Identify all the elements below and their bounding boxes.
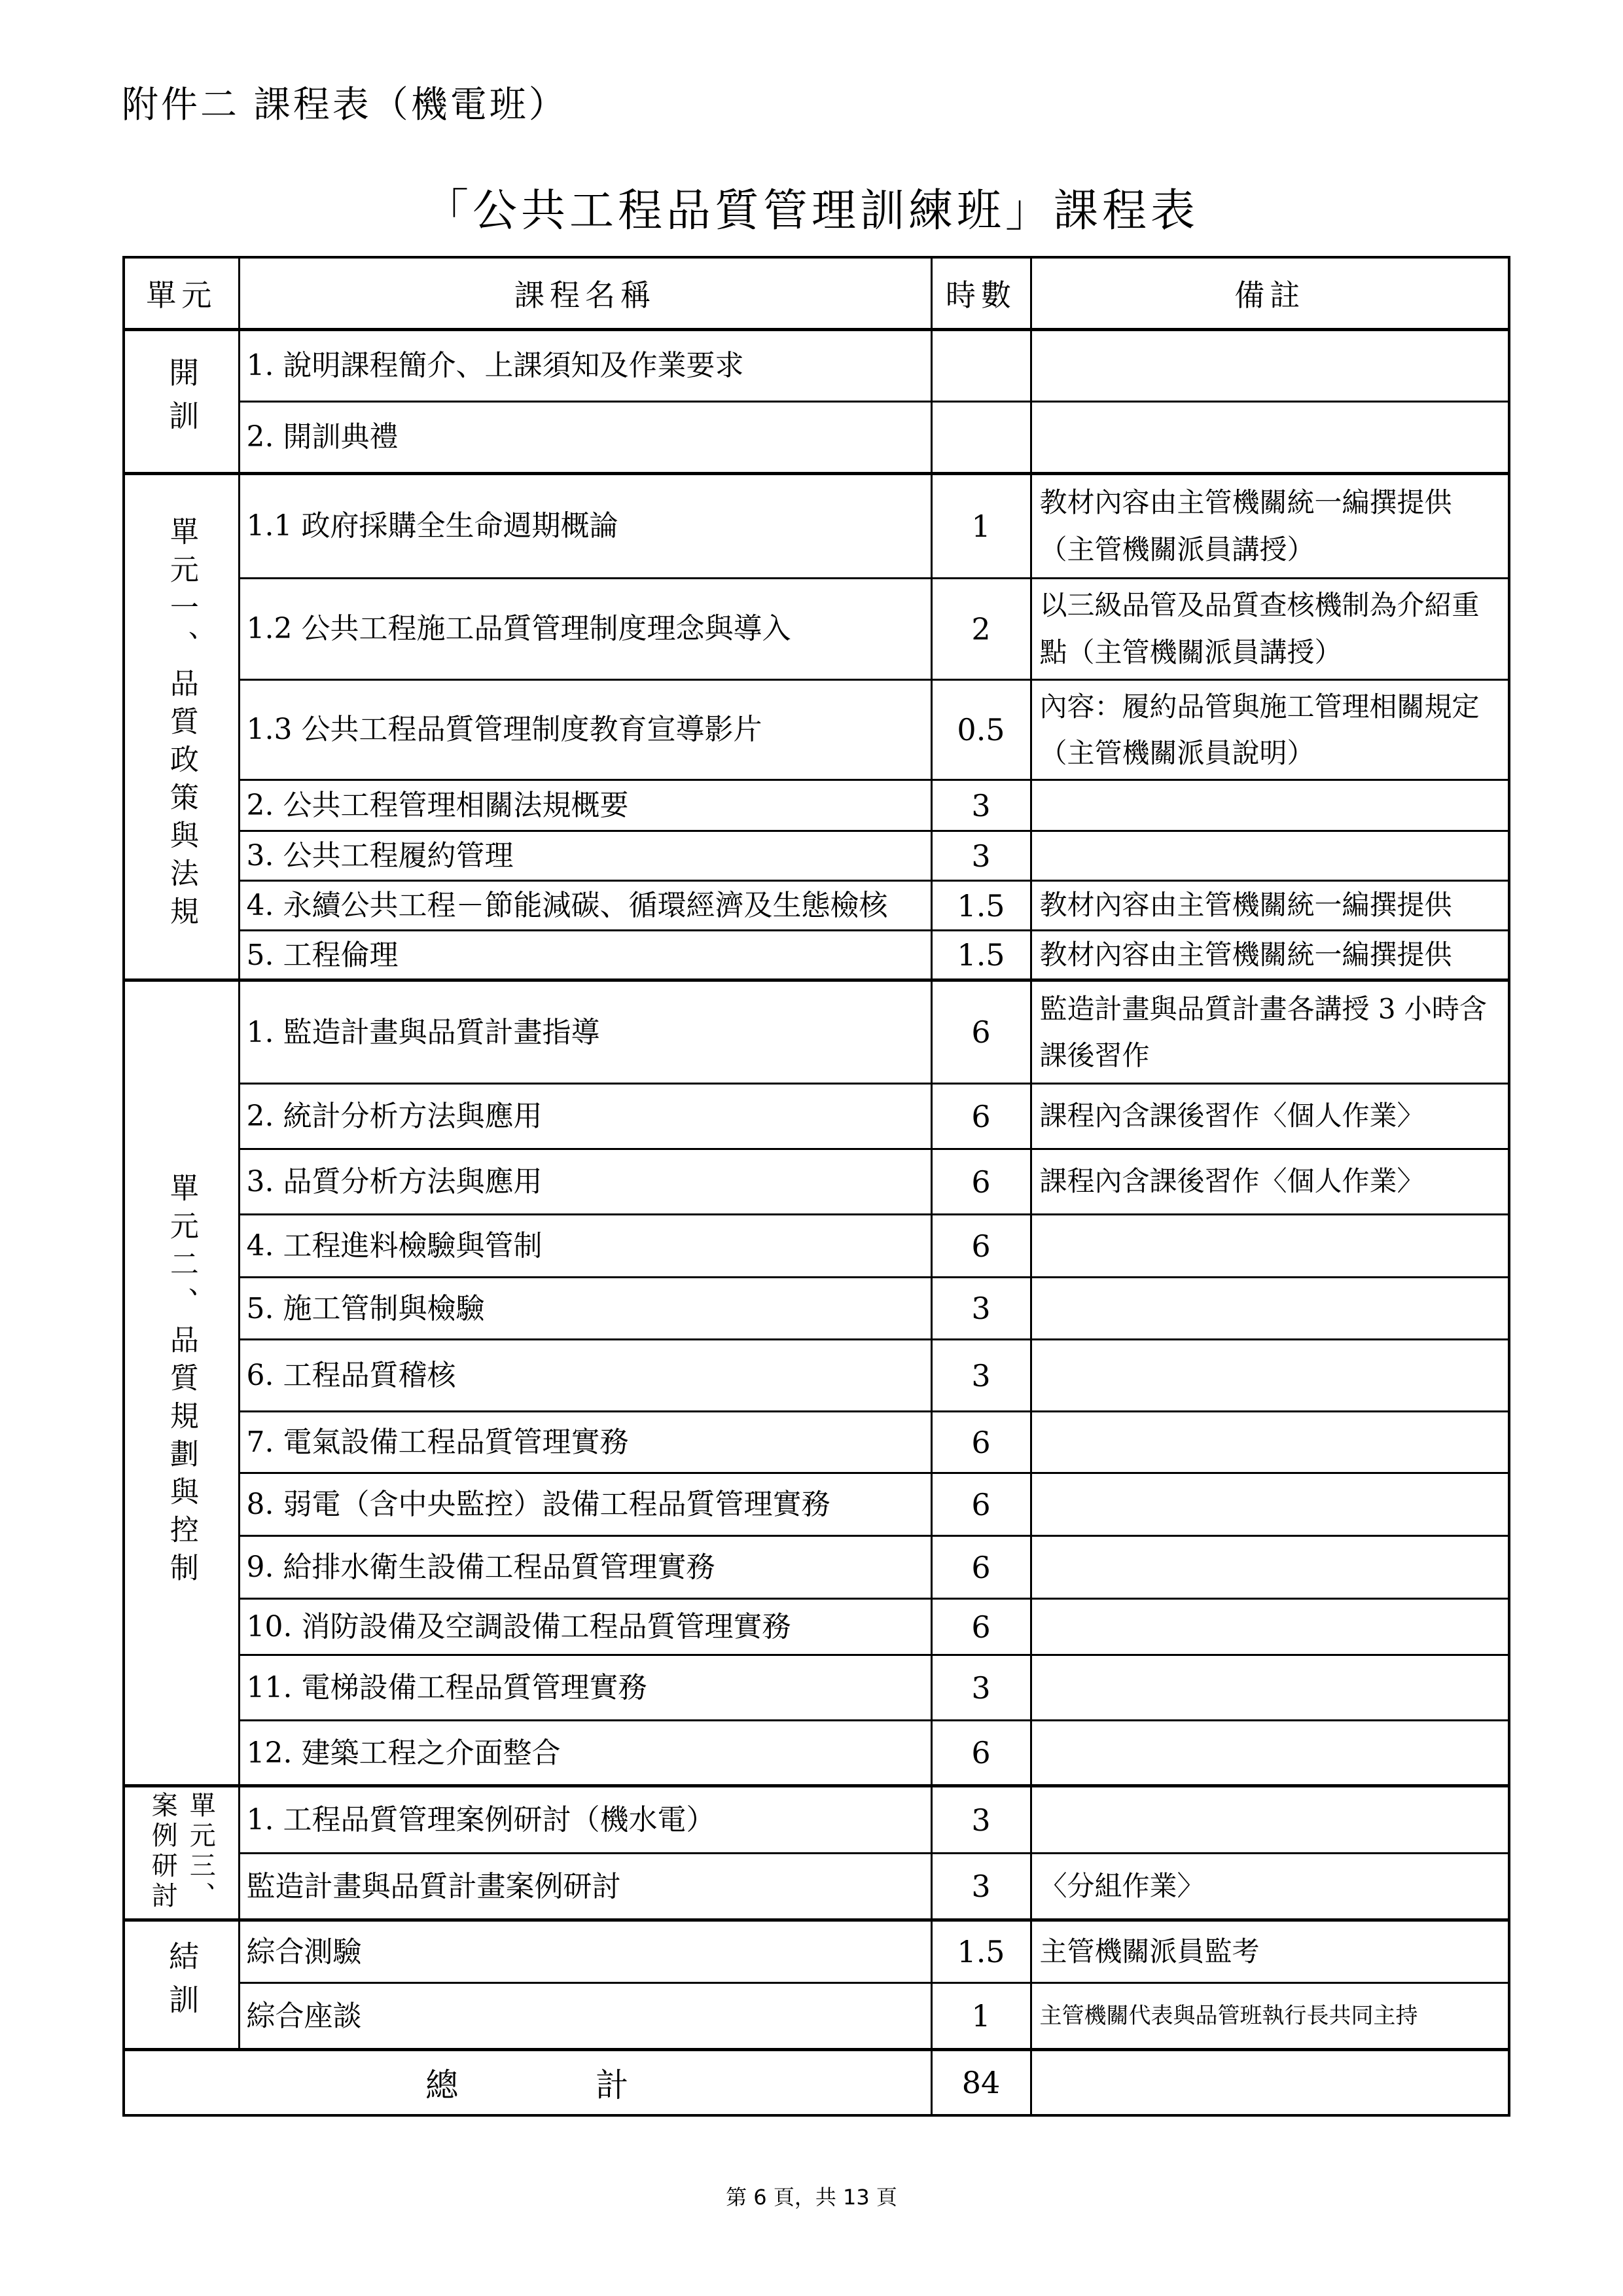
remarks-cell bbox=[1031, 1655, 1509, 1721]
table-row: 8. 弱電（含中央監控）設備工程品質管理實務 6 bbox=[124, 1473, 1509, 1536]
remarks-cell: 教材內容由主管機關統一編撰提供 bbox=[1031, 931, 1509, 980]
header-unit: 單元 bbox=[124, 257, 239, 329]
unit-label-closing: 結訓 bbox=[124, 1920, 239, 2050]
table-row: 5. 工程倫理 1.5 教材內容由主管機關統一編撰提供 bbox=[124, 931, 1509, 980]
hours-cell: 6 bbox=[931, 1412, 1031, 1473]
header-hours: 時數 bbox=[931, 257, 1031, 329]
table-row: 9. 給排水衛生設備工程品質管理實務 6 bbox=[124, 1536, 1509, 1599]
table-row: 7. 電氣設備工程品質管理實務 6 bbox=[124, 1412, 1509, 1473]
course-cell: 6. 工程品質稽核 bbox=[239, 1340, 931, 1412]
hours-cell: 1.5 bbox=[931, 931, 1031, 980]
remarks-cell bbox=[1031, 831, 1509, 881]
hours-cell: 1 bbox=[931, 1983, 1031, 2050]
table-row: 4. 工程進料檢驗與管制 6 bbox=[124, 1215, 1509, 1278]
remarks-cell bbox=[1031, 1473, 1509, 1536]
hours-cell: 6 bbox=[931, 980, 1031, 1084]
course-cell: 7. 電氣設備工程品質管理實務 bbox=[239, 1412, 931, 1473]
course-cell: 1.1 政府採購全生命週期概論 bbox=[239, 473, 931, 578]
table-row: 5. 施工管制與檢驗 3 bbox=[124, 1278, 1509, 1340]
course-cell: 3. 品質分析方法與應用 bbox=[239, 1149, 931, 1215]
course-cell: 4. 工程進料檢驗與管制 bbox=[239, 1215, 931, 1278]
remarks-cell bbox=[1031, 1215, 1509, 1278]
total-remarks bbox=[1031, 2050, 1509, 2115]
unit-label-opening: 開訓 bbox=[124, 329, 239, 473]
total-row: 總 計 84 bbox=[124, 2050, 1509, 2115]
hours-cell: 3 bbox=[931, 831, 1031, 881]
remarks-cell bbox=[1031, 1278, 1509, 1340]
remarks-cell: 以三級品管及品質查核機制為介紹重點（主管機關派員講授） bbox=[1031, 578, 1509, 679]
course-cell: 2. 公共工程管理相關法規概要 bbox=[239, 780, 931, 831]
hours-cell: 3 bbox=[931, 1278, 1031, 1340]
hours-cell: 6 bbox=[931, 1721, 1031, 1786]
course-cell: 3. 公共工程履約管理 bbox=[239, 831, 931, 881]
hours-cell: 6 bbox=[931, 1084, 1031, 1149]
table-row: 10. 消防設備及空調設備工程品質管理實務 6 bbox=[124, 1599, 1509, 1655]
course-cell: 11. 電梯設備工程品質管理實務 bbox=[239, 1655, 931, 1721]
table-row: 6. 工程品質稽核 3 bbox=[124, 1340, 1509, 1412]
remarks-cell bbox=[1031, 329, 1509, 401]
hours-cell: 3 bbox=[931, 1853, 1031, 1920]
remarks-cell bbox=[1031, 780, 1509, 831]
hours-cell: 3 bbox=[931, 1655, 1031, 1721]
unit-label-unit3: 單元三、案例研討 bbox=[124, 1786, 239, 1920]
table-row: 開訓 1. 說明課程簡介、上課須知及作業要求 bbox=[124, 329, 1509, 401]
course-cell: 1.3 公共工程品質管理制度教育宣導影片 bbox=[239, 679, 931, 780]
hours-cell bbox=[931, 401, 1031, 473]
remarks-cell: 內容：履約品管與施工管理相關規定（主管機關派員說明） bbox=[1031, 679, 1509, 780]
course-cell: 1. 監造計畫與品質計畫指導 bbox=[239, 980, 931, 1084]
remarks-cell: 教材內容由主管機關統一編撰提供（主管機關派員講授） bbox=[1031, 473, 1509, 578]
course-cell: 5. 工程倫理 bbox=[239, 931, 931, 980]
table-header-row: 單元 課程名稱 時數 備註 bbox=[124, 257, 1509, 329]
header-course: 課程名稱 bbox=[239, 257, 931, 329]
course-cell: 2. 開訓典禮 bbox=[239, 401, 931, 473]
attachment-title: 附件二 課程表（機電班） bbox=[122, 76, 568, 128]
course-cell: 8. 弱電（含中央監控）設備工程品質管理實務 bbox=[239, 1473, 931, 1536]
table-row: 3. 公共工程履約管理 3 bbox=[124, 831, 1509, 881]
page-footer: 第 6 頁，共 13 頁 bbox=[0, 2181, 1623, 2211]
header-remarks: 備註 bbox=[1031, 257, 1509, 329]
remarks-cell: 課程內含課後習作〈個人作業〉 bbox=[1031, 1149, 1509, 1215]
remarks-cell: 主管機關派員監考 bbox=[1031, 1920, 1509, 1983]
course-cell: 綜合座談 bbox=[239, 1983, 931, 2050]
table-row: 單元一、品質政策與法規 1.1 政府採購全生命週期概論 1 教材內容由主管機關統… bbox=[124, 473, 1509, 578]
course-cell: 10. 消防設備及空調設備工程品質管理實務 bbox=[239, 1599, 931, 1655]
remarks-cell: 主管機關代表與品管班執行長共同主持 bbox=[1031, 1983, 1509, 2050]
course-cell: 監造計畫與品質計畫案例研討 bbox=[239, 1853, 931, 1920]
table-row: 1.3 公共工程品質管理制度教育宣導影片 0.5 內容：履約品管與施工管理相關規… bbox=[124, 679, 1509, 780]
course-cell: 9. 給排水衛生設備工程品質管理實務 bbox=[239, 1536, 931, 1599]
remarks-cell bbox=[1031, 1786, 1509, 1854]
table-row: 4. 永續公共工程－節能減碳、循環經濟及生態檢核 1.5 教材內容由主管機關統一… bbox=[124, 881, 1509, 931]
table-row: 2. 公共工程管理相關法規概要 3 bbox=[124, 780, 1509, 831]
hours-cell: 6 bbox=[931, 1215, 1031, 1278]
hours-cell: 6 bbox=[931, 1599, 1031, 1655]
course-cell: 1. 工程品質管理案例研討（機水電） bbox=[239, 1786, 931, 1854]
unit-label-unit2: 單元二、品質規劃與控制 bbox=[124, 980, 239, 1786]
remarks-cell: 監造計畫與品質計畫各講授 3 小時含課後習作 bbox=[1031, 980, 1509, 1084]
table-row: 單元三、案例研討 1. 工程品質管理案例研討（機水電） 3 bbox=[124, 1786, 1509, 1854]
course-schedule-table: 單元 課程名稱 時數 備註 開訓 1. 說明課程簡介、上課須知及作業要求 2. … bbox=[122, 256, 1510, 2117]
remarks-cell bbox=[1031, 1599, 1509, 1655]
course-cell: 1.2 公共工程施工品質管理制度理念與導入 bbox=[239, 578, 931, 679]
course-cell: 綜合測驗 bbox=[239, 1920, 931, 1983]
hours-cell: 2 bbox=[931, 578, 1031, 679]
course-cell: 1. 說明課程簡介、上課須知及作業要求 bbox=[239, 329, 931, 401]
course-cell: 12. 建築工程之介面整合 bbox=[239, 1721, 931, 1786]
document-page: 附件二 課程表（機電班） 「公共工程品質管理訓練班」課程表 單元 課程名稱 時數… bbox=[0, 0, 1623, 2296]
table-row: 3. 品質分析方法與應用 6 課程內含課後習作〈個人作業〉 bbox=[124, 1149, 1509, 1215]
hours-cell: 3 bbox=[931, 780, 1031, 831]
unit-label-unit1: 單元一、品質政策與法規 bbox=[124, 473, 239, 980]
hours-cell: 1.5 bbox=[931, 881, 1031, 931]
total-hours: 84 bbox=[931, 2050, 1031, 2115]
table-row: 綜合座談 1 主管機關代表與品管班執行長共同主持 bbox=[124, 1983, 1509, 2050]
table-row: 12. 建築工程之介面整合 6 bbox=[124, 1721, 1509, 1786]
hours-cell: 0.5 bbox=[931, 679, 1031, 780]
remarks-cell: 教材內容由主管機關統一編撰提供 bbox=[1031, 881, 1509, 931]
remarks-cell bbox=[1031, 1412, 1509, 1473]
table-row: 單元二、品質規劃與控制 1. 監造計畫與品質計畫指導 6 監造計畫與品質計畫各講… bbox=[124, 980, 1509, 1084]
remarks-cell: 〈分組作業〉 bbox=[1031, 1853, 1509, 1920]
total-label: 總 計 bbox=[124, 2050, 931, 2115]
remarks-cell bbox=[1031, 1536, 1509, 1599]
remarks-cell bbox=[1031, 1340, 1509, 1412]
hours-cell: 3 bbox=[931, 1786, 1031, 1854]
table-row: 11. 電梯設備工程品質管理實務 3 bbox=[124, 1655, 1509, 1721]
course-cell: 2. 統計分析方法與應用 bbox=[239, 1084, 931, 1149]
remarks-cell bbox=[1031, 1721, 1509, 1786]
hours-cell: 1 bbox=[931, 473, 1031, 578]
hours-cell: 6 bbox=[931, 1149, 1031, 1215]
hours-cell: 1.5 bbox=[931, 1920, 1031, 1983]
course-cell: 4. 永續公共工程－節能減碳、循環經濟及生態檢核 bbox=[239, 881, 931, 931]
table-row: 2. 統計分析方法與應用 6 課程內含課後習作〈個人作業〉 bbox=[124, 1084, 1509, 1149]
remarks-cell bbox=[1031, 401, 1509, 473]
table-row: 2. 開訓典禮 bbox=[124, 401, 1509, 473]
hours-cell bbox=[931, 329, 1031, 401]
course-cell: 5. 施工管制與檢驗 bbox=[239, 1278, 931, 1340]
hours-cell: 3 bbox=[931, 1340, 1031, 1412]
table-row: 監造計畫與品質計畫案例研討 3 〈分組作業〉 bbox=[124, 1853, 1509, 1920]
table-row: 結訓 綜合測驗 1.5 主管機關派員監考 bbox=[124, 1920, 1509, 1983]
page-title: 「公共工程品質管理訓練班」課程表 bbox=[0, 175, 1623, 239]
table-row: 1.2 公共工程施工品質管理制度理念與導入 2 以三級品管及品質查核機制為介紹重… bbox=[124, 578, 1509, 679]
remarks-cell: 課程內含課後習作〈個人作業〉 bbox=[1031, 1084, 1509, 1149]
hours-cell: 6 bbox=[931, 1473, 1031, 1536]
hours-cell: 6 bbox=[931, 1536, 1031, 1599]
